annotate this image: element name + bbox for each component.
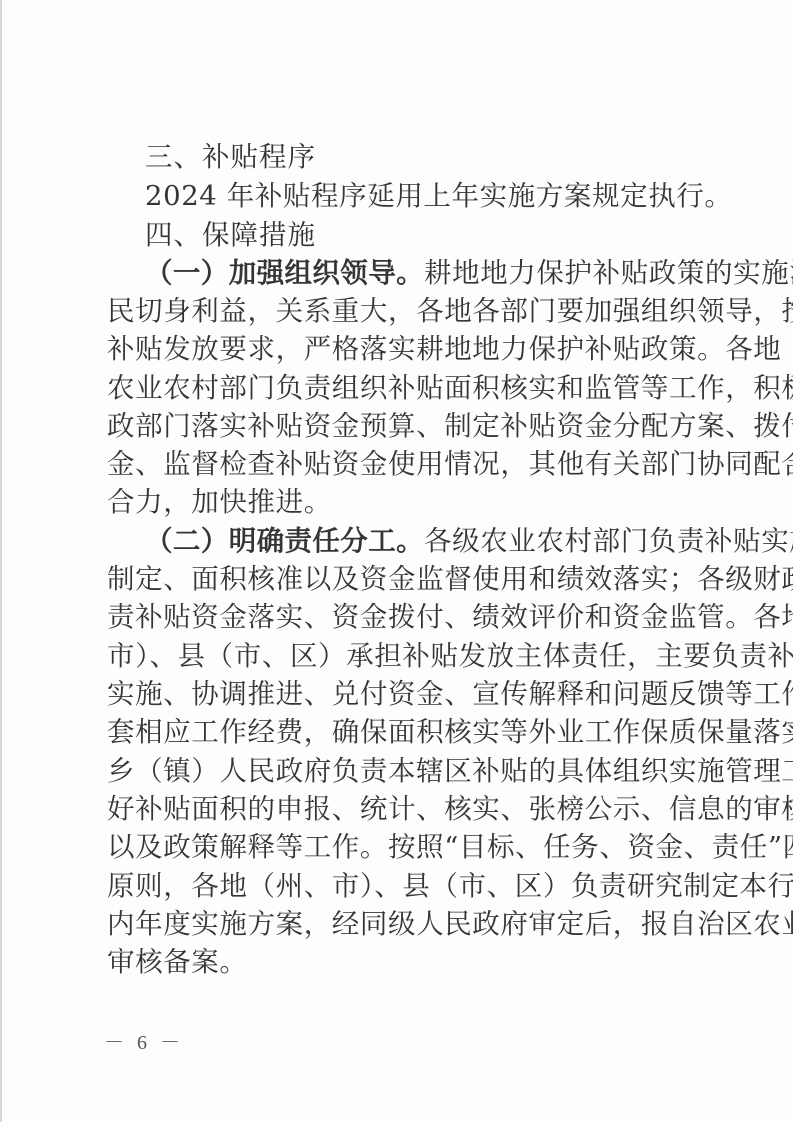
paragraph-line: 补贴发放要求，严格落实耕地地力保护补贴政策。各地（州、市） [107, 334, 697, 364]
paragraph-first-line: （一）加强组织领导。耕地地力保护补贴政策的实施涉及农 [145, 258, 697, 288]
subsection-lead-responsibility: （二）明确责任分工。 [145, 525, 424, 557]
paragraph-line: 内年度实施方案，经同级人民政府审定后，报自治区农业农村厅 [107, 909, 697, 939]
paragraph-line: 原则，各地（州、市）、县（市、区）负责研究制定本行政区域 [107, 871, 697, 901]
paragraph-text: 耕地地力保护补贴政策的实施涉及农 [424, 257, 793, 289]
paragraph-line: 审核备案。 [107, 947, 697, 977]
paragraph-text: 各级农业农村部门负责补贴实施方案 [424, 525, 793, 557]
paragraph-line: 套相应工作经费，确保面积核实等外业工作保质保量落实到位。 [107, 717, 697, 747]
page-number: － 6 － [104, 1031, 184, 1055]
paragraph-line: 制定、面积核准以及资金监督使用和绩效落实；各级财政部门负 [107, 564, 697, 594]
paragraph-line: 乡（镇）人民政府负责本辖区补贴的具体组织实施管理工作，做 [107, 756, 697, 786]
paragraph-first-line: （二）明确责任分工。各级农业农村部门负责补贴实施方案 [145, 526, 697, 556]
paragraph-line: 政部门落实补贴资金预算、制定补贴资金分配方案、拨付补贴资 [107, 411, 697, 441]
paragraph-line: 农业农村部门负责组织补贴面积核实和监管等工作，积极协调财 [107, 373, 697, 403]
paragraph-line: 合力，加快推进。 [107, 487, 697, 517]
paragraph-line: 实施、协调推进、兑付资金、宣传解释和问题反馈等工作，要配 [107, 679, 697, 709]
paragraph-line: 金、监督检查补贴资金使用情况，其他有关部门协同配合，形成 [107, 449, 697, 479]
section-heading-procedure: 三、补贴程序 [145, 142, 697, 172]
paragraph-line: 责补贴资金落实、资金拨付、绩效评价和资金监管。各地（州、 [107, 602, 697, 632]
subsection-lead-organization: （一）加强组织领导。 [145, 257, 424, 289]
paragraph-line: 市）、县（市、区）承担补贴发放主体责任，主要负责补贴组织 [107, 641, 697, 671]
section-heading-safeguards: 四、保障措施 [145, 220, 697, 250]
paragraph-line: 以及政策解释等工作。按照“目标、任务、资金、责任”四到位的 [107, 832, 697, 862]
scan-page-edge [0, 0, 2, 1122]
paragraph-line: 好补贴面积的申报、统计、核实、张榜公示、信息的审核和录入 [107, 794, 697, 824]
paragraph-line: 民切身利益，关系重大，各地各部门要加强组织领导，按照惠民 [107, 296, 697, 326]
paragraph-line: 2024 年补贴程序延用上年实施方案规定执行。 [145, 181, 697, 211]
